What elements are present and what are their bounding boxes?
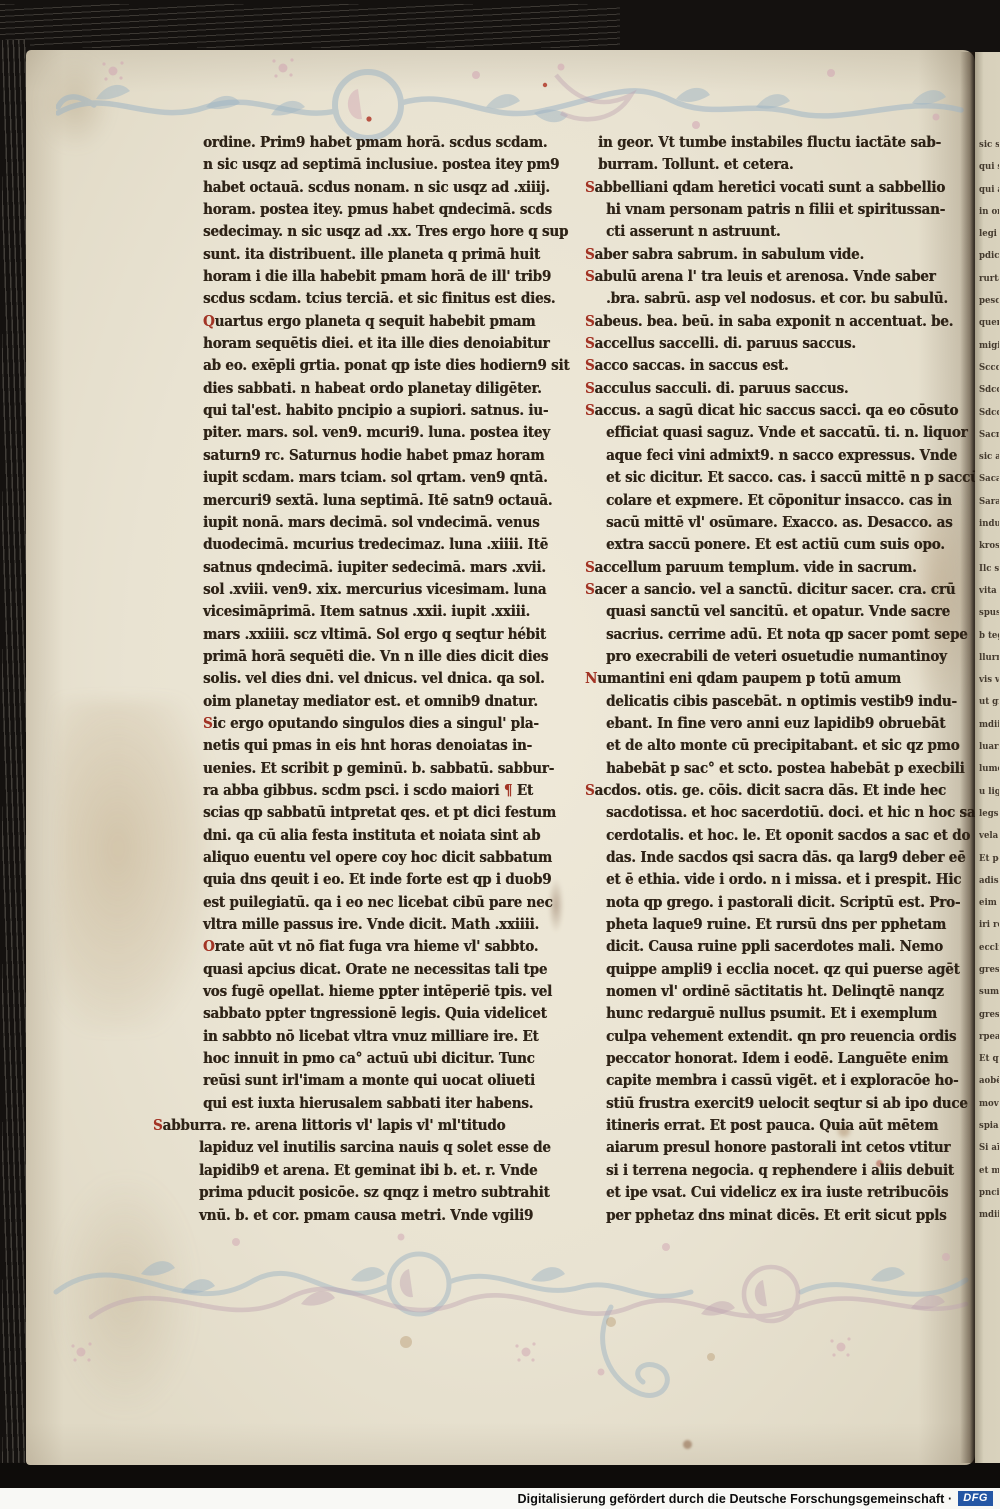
edge-text-fragment: sic sal	[979, 140, 999, 162]
dfg-logo: DFG	[958, 1491, 993, 1506]
edge-text-fragment: Sdconul	[979, 385, 999, 407]
text-line: Numantini eni qdam paupem p totū amum	[585, 667, 979, 689]
edge-text-fragment: pdica	[979, 251, 999, 273]
text-line: stiū frustra exercit9 uelocit seqtur si …	[585, 1092, 979, 1114]
text-line: quia dns qeuit i eo. Et inde forte est q…	[153, 868, 567, 890]
text-line: est puilegiatū. qa i eo nec licebat cibū…	[153, 891, 567, 913]
text-line: in geor. Vt tumbe instabiles fluctu iact…	[585, 131, 979, 153]
edge-text-fragment: iri rem	[979, 920, 999, 942]
text-line: ra abba gibbus. scdm psci. i scdo maiori…	[153, 779, 567, 801]
edge-text-fragment: luari	[979, 742, 999, 764]
text-line: nomen vl' ordinē sāctitatis ht. Delinqtē…	[585, 980, 979, 1002]
edge-text-fragment: sum n	[979, 987, 999, 1009]
edge-text-fragment: eim sa	[979, 898, 999, 920]
edge-text-fragment: pncipa	[979, 1188, 999, 1210]
text-line: capite membra i cassū vigēt. et i explor…	[585, 1069, 979, 1091]
text-line: si i terrena negocia. q rephendere i ali…	[585, 1159, 979, 1181]
text-line: habebāt p sac° et scto. postea habebāt p…	[585, 757, 979, 779]
scanned-book-page: ordine. Prim9 habet pmam horā. scdus scd…	[0, 0, 1000, 1509]
credit-text: Digitalisierung gefördert durch die Deut…	[518, 1492, 953, 1506]
text-line: sol .xviii. ven9. xix. mercurius vicesim…	[153, 578, 567, 600]
text-line: burram. Tollunt. et cetera.	[585, 153, 979, 175]
text-line: vltra mille passus ire. Vnde dicit. Math…	[153, 913, 567, 935]
edge-text-fragment: Si aī	[979, 1143, 999, 1165]
text-line: solis. vel dies dni. vel dnicus. vel dni…	[153, 667, 567, 689]
text-line: pro execrabili de veteri osuetudie numan…	[585, 645, 979, 667]
edge-text-fragment: mdii	[979, 1210, 999, 1232]
edge-text-fragment: b tego	[979, 631, 999, 653]
text-line: dni. qa cū alia festa instituta et noiat…	[153, 824, 567, 846]
text-line: vicesimāprimā. Item satnus .xxii. iupit …	[153, 600, 567, 622]
edge-text-fragment: qui ad	[979, 185, 999, 207]
edge-text-fragment: lumc	[979, 764, 999, 786]
text-line: qui est iuxta hierusalem sabbati iter ha…	[153, 1092, 567, 1114]
edge-text-fragment: gressiun	[979, 1010, 999, 1032]
edge-text-fragment: vis vc	[979, 675, 999, 697]
text-line: saturn9 rc. Saturnus hodie habet pmaz ho…	[153, 444, 567, 466]
text-line: sacū mittē vl' osūmare. Exacco. as. Desa…	[585, 511, 979, 533]
edge-text-fragment: Ilc sa	[979, 564, 999, 586]
text-line: piter. mars. sol. ven9. mcuri9. luna. po…	[153, 421, 567, 443]
text-line: dicit. Causa ruine ppli sacerdotes mali.…	[585, 935, 979, 957]
edge-text-fragment: Sdconl	[979, 408, 999, 430]
edge-text-fragment: adisie	[979, 876, 999, 898]
text-line: culpa vehement extendit. qn pro reuencia…	[585, 1025, 979, 1047]
text-line: n sic usqz ad septimā inclusiue. postea …	[153, 153, 567, 175]
edge-text-fragment: Sacame	[979, 474, 999, 496]
text-line: sacrius. cerrime adū. Et nota qp sacer p…	[585, 623, 979, 645]
text-line: quasi sanctū vel sancitū. et opatur. Vnd…	[585, 600, 979, 622]
text-line: horam. postea itey. pmus habet qndecimā.…	[153, 198, 567, 220]
text-line: Sabbelliani qdam heretici vocati sunt a …	[585, 176, 979, 198]
text-line: Saccus. a sagū dicat hic saccus sacci. q…	[585, 399, 979, 421]
text-line: et ipe vsat. Cui videlicz ex ira iuste r…	[585, 1181, 979, 1203]
text-line: Sacer a sancio. vel a sanctū. dicitur sa…	[585, 578, 979, 600]
text-line: ebant. In fine vero anni euz lapidib9 ob…	[585, 712, 979, 734]
text-line: colare et expmere. Et cōponitur insacco.…	[585, 489, 979, 511]
text-line: hoc innuit in pmo ca° actuū ubi dicitur.…	[153, 1047, 567, 1069]
text-line: nota qp grego. i pastorali dicit. Script…	[585, 891, 979, 913]
text-line: horam i die illa habebit pmam horā de il…	[153, 265, 567, 287]
edge-text-fragment: rpeaues	[979, 1032, 999, 1054]
edge-text-fragment: pescr i	[979, 296, 999, 318]
text-line: ordine. Prim9 habet pmam horā. scdus scd…	[153, 131, 567, 153]
text-line: efficiat quasi saguz. Vnde et saccatū. t…	[585, 421, 979, 443]
edge-text-fragment: querar	[979, 318, 999, 340]
edge-text-fragment: gressum	[979, 965, 999, 987]
text-line: sedecimay. n sic usqz ad .xx. Tres ergo …	[153, 220, 567, 242]
text-line: quippe ampli9 i ecclia nocet. qz qui pue…	[585, 958, 979, 980]
text-line: aliquo euentu vel opere coy hoc dicit sa…	[153, 846, 567, 868]
edge-text-fragment: Sacnus	[979, 430, 999, 452]
edge-text-fragment: Et qua	[979, 1054, 999, 1076]
text-line: per pphetaz dns minat dicēs. Et erit sic…	[585, 1204, 979, 1226]
text-line: aque feci vini admixt9. n sacco expressu…	[585, 444, 979, 466]
text-line: aiarum presul honore pastorali int cetos…	[585, 1136, 979, 1158]
edge-text-fragment: llurniō	[979, 653, 999, 675]
text-line: Quartus ergo planeta q sequit habebit pm…	[153, 310, 567, 332]
text-line: sacdotissa. et hoc sacerdotiū. doci. et …	[585, 801, 979, 823]
text-line: .bra. sabrū. asp vel nodosus. et cor. bu…	[585, 287, 979, 309]
text-line: habet octauā. scdus nonam. n sic usqz ad…	[153, 176, 567, 198]
edge-text-fragment: migi i i	[979, 341, 999, 363]
edge-text-fragment: legs fu	[979, 809, 999, 831]
edge-text-fragment: movo a	[979, 1099, 999, 1121]
edge-text-fragment: u ligni	[979, 787, 999, 809]
text-line: et ē ethia. vide i ordo. n i missa. et i…	[585, 868, 979, 890]
text-line: quasi apcius dicat. Orate ne necessitas …	[153, 958, 567, 980]
text-line: prima pducit posicōe. sz qnqz i metro su…	[153, 1181, 567, 1203]
text-column-left: ordine. Prim9 habet pmam horā. scdus scd…	[153, 131, 567, 1226]
text-line: satnus qndecimā. iupiter sedecimā. mars …	[153, 556, 567, 578]
text-line: Orate aūt vt nō fiat fuga vra hieme vl' …	[153, 935, 567, 957]
text-line: sabbato ppter tngressionē legis. Quia vi…	[153, 1002, 567, 1024]
text-line: pheta laque9 ruine. Et rursū dns per pph…	[585, 913, 979, 935]
text-line: Sacculus sacculi. di. paruus saccus.	[585, 377, 979, 399]
edge-text-fragment: legi ig	[979, 229, 999, 251]
text-line: Saccellum paruum templum. vide in sacrum…	[585, 556, 979, 578]
text-line: lapiduz vel inutilis sarcina nauis q sol…	[153, 1136, 567, 1158]
edge-text-fragment: in omo.	[979, 207, 999, 229]
text-line: scias qp sabbatū intpretat qes. et pt di…	[153, 801, 567, 823]
scan-top-edge	[0, 0, 1000, 52]
text-line: cti asserunt n astruunt.	[585, 220, 979, 242]
text-line: in sabbto nō licebat vltra vnuz milliare…	[153, 1025, 567, 1047]
edge-text-fragment: ut gr	[979, 697, 999, 719]
text-line: Sabulū arena l' tra leuis et arenosa. Vn…	[585, 265, 979, 287]
text-line: uenies. Et scribit p geminū. b. sabbatū.…	[153, 757, 567, 779]
edge-text-fragment: ecclie.	[979, 943, 999, 965]
text-line: Sabburra. re. arena littoris vl' lapis v…	[153, 1114, 567, 1136]
edge-text-fragment: rurtan	[979, 274, 999, 296]
text-line: dies sabbati. n habeat ordo planetay dil…	[153, 377, 567, 399]
edge-text-fragment: krosfar	[979, 541, 999, 563]
text-line: hunc redarguē nullus psumit. Et i exempl…	[585, 1002, 979, 1024]
edge-text-fragment: spus	[979, 608, 999, 630]
text-line: Saber sabra sabrum. in sabulum vide.	[585, 243, 979, 265]
digitization-credit-bar: Digitalisierung gefördert durch die Deut…	[0, 1488, 1000, 1509]
text-line: duodecimā. mcurius tredecimaz. luna .xii…	[153, 533, 567, 555]
text-line: Sacdos. otis. ge. cōis. dicit sacra dās.…	[585, 779, 979, 801]
edge-text-fragment: Sarame	[979, 497, 999, 519]
edge-text-fragment: vita ev	[979, 586, 999, 608]
edge-text-fragment: aobēar	[979, 1076, 999, 1098]
text-line: scdus scdam. tcius terciā. et sic finitu…	[153, 287, 567, 309]
text-line: et sic dicitur. Et sacco. cas. i saccū m…	[585, 466, 979, 488]
adjacent-page-edge: sic salqui spiqui adin omo.legi igpdicar…	[975, 52, 1000, 1463]
text-line: das. Inde sacdos qsi sacra dās. qa larg9…	[585, 846, 979, 868]
adjacent-page-text-fragments: sic salqui spiqui adin omo.legi igpdicar…	[975, 52, 1000, 1233]
edge-text-fragment: spiali	[979, 1121, 999, 1143]
text-line: mars .xxiiii. scz vltimā. Sol ergo q seq…	[153, 623, 567, 645]
text-line: vos fugē opellat. hieme ppter intēperiē …	[153, 980, 567, 1002]
text-line: horam sequētis diei. et ita ille dies de…	[153, 332, 567, 354]
text-line: Saccellus saccelli. di. paruus saccus.	[585, 332, 979, 354]
text-line: vnū. b. et cor. pmam causa metri. Vnde v…	[153, 1204, 567, 1226]
edge-text-fragment: Scconul	[979, 363, 999, 385]
text-line: oim planetay mediator est. et omnib9 dna…	[153, 690, 567, 712]
edge-text-fragment: et msii	[979, 1166, 999, 1188]
text-line: Sic ergo oputando singulos dies a singul…	[153, 712, 567, 734]
edge-text-fragment: qui spi	[979, 162, 999, 184]
text-line: hi vnam personam patris n filii et spiri…	[585, 198, 979, 220]
edge-text-fragment: sic aim	[979, 452, 999, 474]
text-line: sunt. ita distribuent. ille planeta q pr…	[153, 243, 567, 265]
text-line: cerdotalis. et hoc. le. Et oponit sacdos…	[585, 824, 979, 846]
text-line: mercuri9 sextā. luna septimā. Itē satn9 …	[153, 489, 567, 511]
text-line: peccator honorat. Idem i eodē. Languēte …	[585, 1047, 979, 1069]
text-line: Sacco saccas. in saccus est.	[585, 354, 979, 376]
text-line: extra saccū ponere. Et est actiū cum sui…	[585, 533, 979, 555]
edge-text-fragment: mdii	[979, 720, 999, 742]
text-column-right: in geor. Vt tumbe instabiles fluctu iact…	[585, 131, 979, 1226]
edge-text-fragment: induim	[979, 519, 999, 541]
text-line: lapidib9 et arena. Et geminat ibi b. et.…	[153, 1159, 567, 1181]
text-line: primā horā sequēti die. Vn n ille dies d…	[153, 645, 567, 667]
text-line: iupit nonā. mars decimā. sol vndecimā. v…	[153, 511, 567, 533]
text-line: Sabeus. bea. beū. in saba exponit n acce…	[585, 310, 979, 332]
text-line: ab eo. exēpli grtia. ponat qp iste dies …	[153, 354, 567, 376]
text-line: et de alto monte cū precipitabant. et si…	[585, 734, 979, 756]
text-line: iupit scdam. mars tciam. sol qrtam. ven9…	[153, 466, 567, 488]
edge-text-fragment: vela.	[979, 831, 999, 853]
text-line: itineris errat. Et post pauca. Quia aūt …	[585, 1114, 979, 1136]
text-line: reūsi sunt irl'imam a monte qui uocat ol…	[153, 1069, 567, 1091]
text-line: delicatis cibis pascebāt. n optimis vest…	[585, 690, 979, 712]
edge-text-fragment: Et pot	[979, 854, 999, 876]
text-line: qui tal'est. habito pncipio a supiori. s…	[153, 399, 567, 421]
text-line: netis qui pmas in eis hnt horas denoiata…	[153, 734, 567, 756]
